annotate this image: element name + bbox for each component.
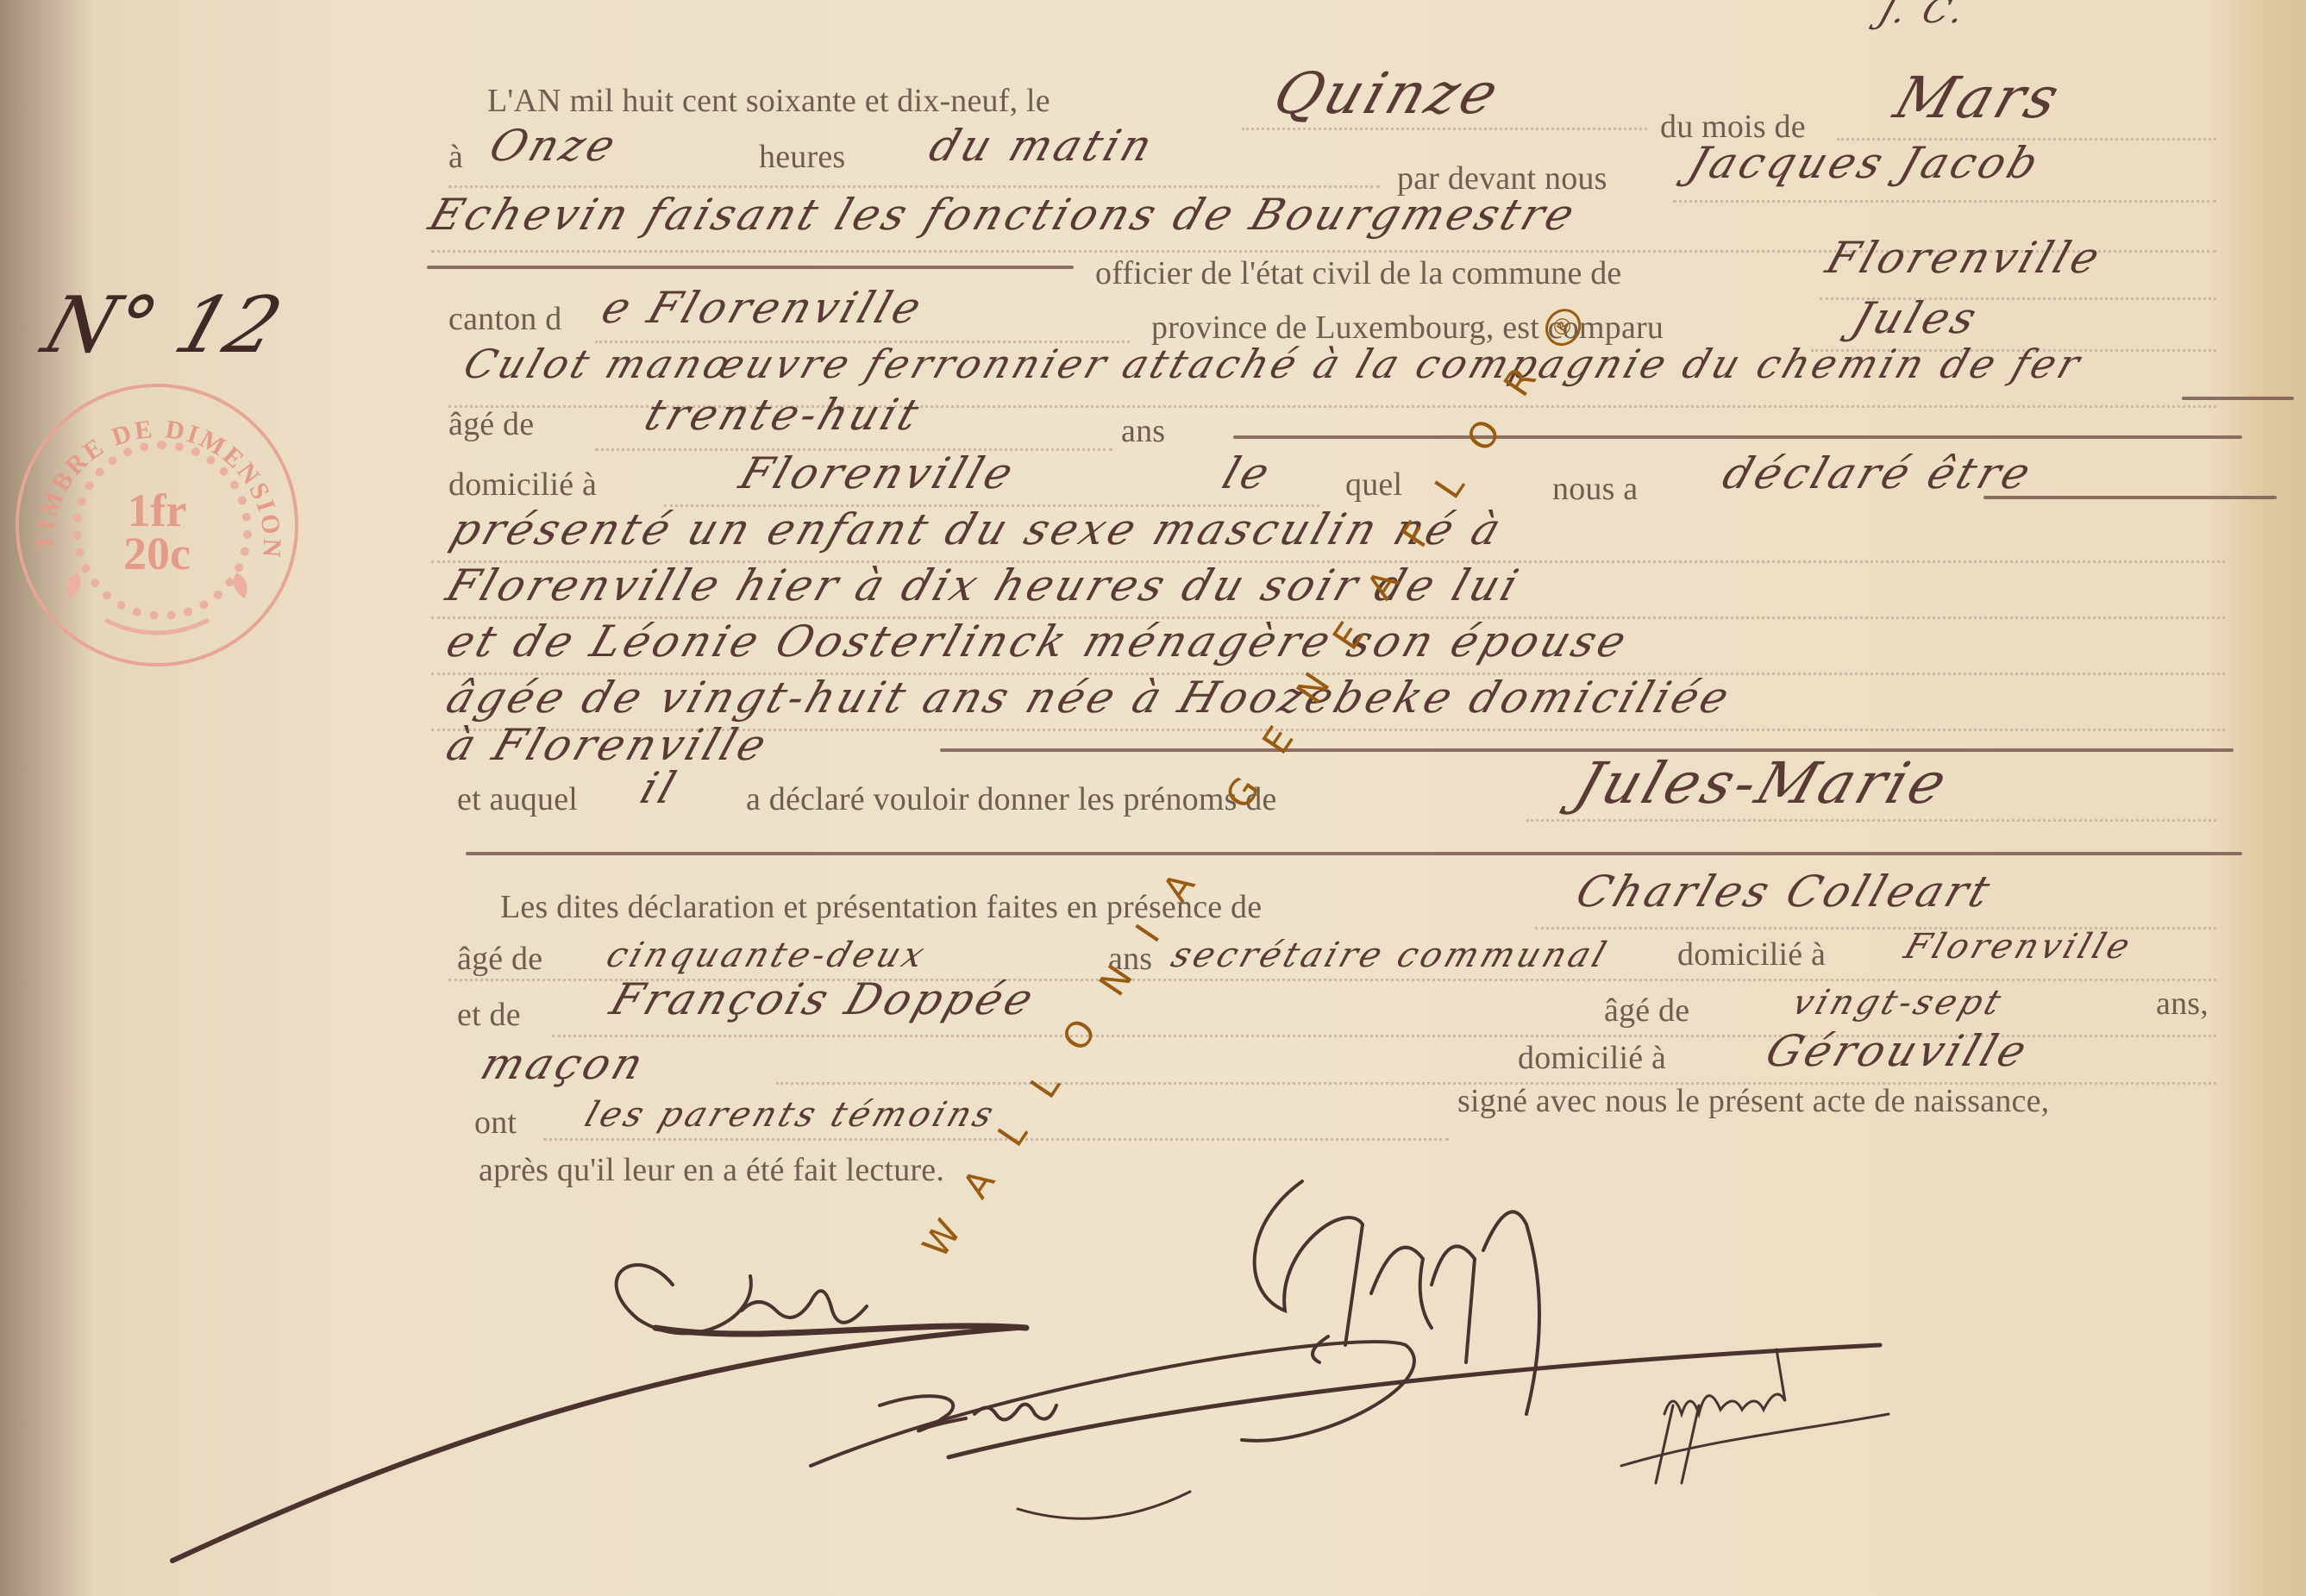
strike-rule xyxy=(2182,397,2294,400)
tax-stamp: TIMBRE DE DIMENSION. 1fr 20c xyxy=(16,384,298,667)
signatures-area xyxy=(155,1121,2052,1569)
hand-declarant-age: trente-huit xyxy=(639,390,929,440)
hand-day: Quinze xyxy=(1265,60,1509,127)
printed-et-auquel: et auquel xyxy=(457,780,578,818)
printed-et-de: et de xyxy=(457,996,521,1034)
hand-il: il xyxy=(635,763,686,813)
hand-body-line-4: âgée de vingt-huit ans née à Hoozebeke d… xyxy=(441,673,1739,723)
hand-body-line-5: à Florenville xyxy=(441,720,776,770)
printed-prenoms-label: a déclaré vouloir donner les prénoms de xyxy=(746,780,1277,818)
hand-witness2-domicile: Gérouville xyxy=(1760,1026,2036,1076)
strike-rule xyxy=(466,852,2242,855)
hand-time-of-day: du matin xyxy=(924,121,1162,171)
hand-witness2-age: vingt-sept xyxy=(1788,983,2009,1023)
fill-line xyxy=(1673,200,2216,203)
printed-ans: ans xyxy=(1121,412,1165,450)
hand-commune: Florenville xyxy=(1820,233,2109,283)
printed-age-label-3: âgé de xyxy=(1604,992,1689,1030)
hand-declare: déclaré être xyxy=(1717,448,2040,498)
printed-officer-label: officier de l'état civil de la commune d… xyxy=(1095,254,1622,292)
hand-witness1-age: cinquante-deux xyxy=(602,936,933,975)
printed-canton: canton d xyxy=(448,300,561,338)
printed-domicile-label: domicilié à xyxy=(448,466,597,504)
civil-record-page: N° 12 TIMBRE DE DIMENSION. 1fr 20c J. C.… xyxy=(0,0,2306,1596)
hand-witness2-name: François Doppée xyxy=(605,974,1043,1024)
hand-declarant-firstname: Jules xyxy=(1846,293,1986,343)
hand-body-line-1: présenté un enfant du sexe masculin né à xyxy=(445,504,1511,554)
hand-witness1-domicile: Florenville xyxy=(1900,927,2139,967)
printed-age-label-2: âgé de xyxy=(457,940,542,978)
hand-month: Mars xyxy=(1886,65,2070,131)
margin-initials: J. C. xyxy=(1874,0,1973,31)
hand-canton: e Florenville xyxy=(596,283,931,333)
strike-rule xyxy=(940,748,2234,752)
fill-line xyxy=(1242,128,1647,130)
fill-line xyxy=(448,185,1380,188)
register-number: N° 12 xyxy=(33,280,292,371)
hand-witness2-occupation: maçon xyxy=(475,1039,653,1089)
printed-age-label: âgé de xyxy=(448,405,534,443)
stamp-value-francs: 1fr xyxy=(19,489,295,532)
printed-domicile-label-2: domicilié à xyxy=(1677,936,1826,973)
printed-ans-3: ans, xyxy=(2156,985,2209,1023)
strike-rule xyxy=(1233,435,2242,439)
hand-child-names: Jules-Marie xyxy=(1567,750,1958,817)
hand-hour: Onze xyxy=(484,121,625,171)
hand-le: le xyxy=(1217,448,1279,498)
hand-witness1-occupation: secrétaire communal xyxy=(1167,936,1614,975)
printed-quel: quel xyxy=(1345,466,1402,504)
printed-a: à xyxy=(448,138,463,176)
hand-officer-name: Jacques Jacob xyxy=(1683,138,2048,188)
stamp-value: 1fr 20c xyxy=(19,489,295,575)
printed-nous: nous a xyxy=(1552,470,1638,508)
printed-signature-clause: signé avec nous le présent acte de naiss… xyxy=(1457,1082,2049,1120)
stamp-value-centimes: 20c xyxy=(19,532,295,575)
hand-declarant-domicile: Florenville xyxy=(734,448,1023,498)
printed-year-text: L'AN mil huit cent soixante et dix-neuf,… xyxy=(487,82,1050,120)
printed-heures: heures xyxy=(759,138,845,176)
hand-witness1-name: Charles Colleart xyxy=(1570,867,2000,917)
hand-officer-function: Echevin faisant les fonctions de Bourgme… xyxy=(423,190,1584,240)
printed-domicile-label-3: domicilié à xyxy=(1518,1039,1666,1077)
strike-rule xyxy=(427,266,1074,269)
hand-declarant-occupation: Culot manœuvre ferronnier attaché à la c… xyxy=(458,341,2089,387)
hand-body-line-3: et de Léonie Oosterlinck ménagère son ép… xyxy=(441,616,1636,667)
fill-line xyxy=(1526,819,2216,822)
strike-rule xyxy=(1983,496,2277,499)
